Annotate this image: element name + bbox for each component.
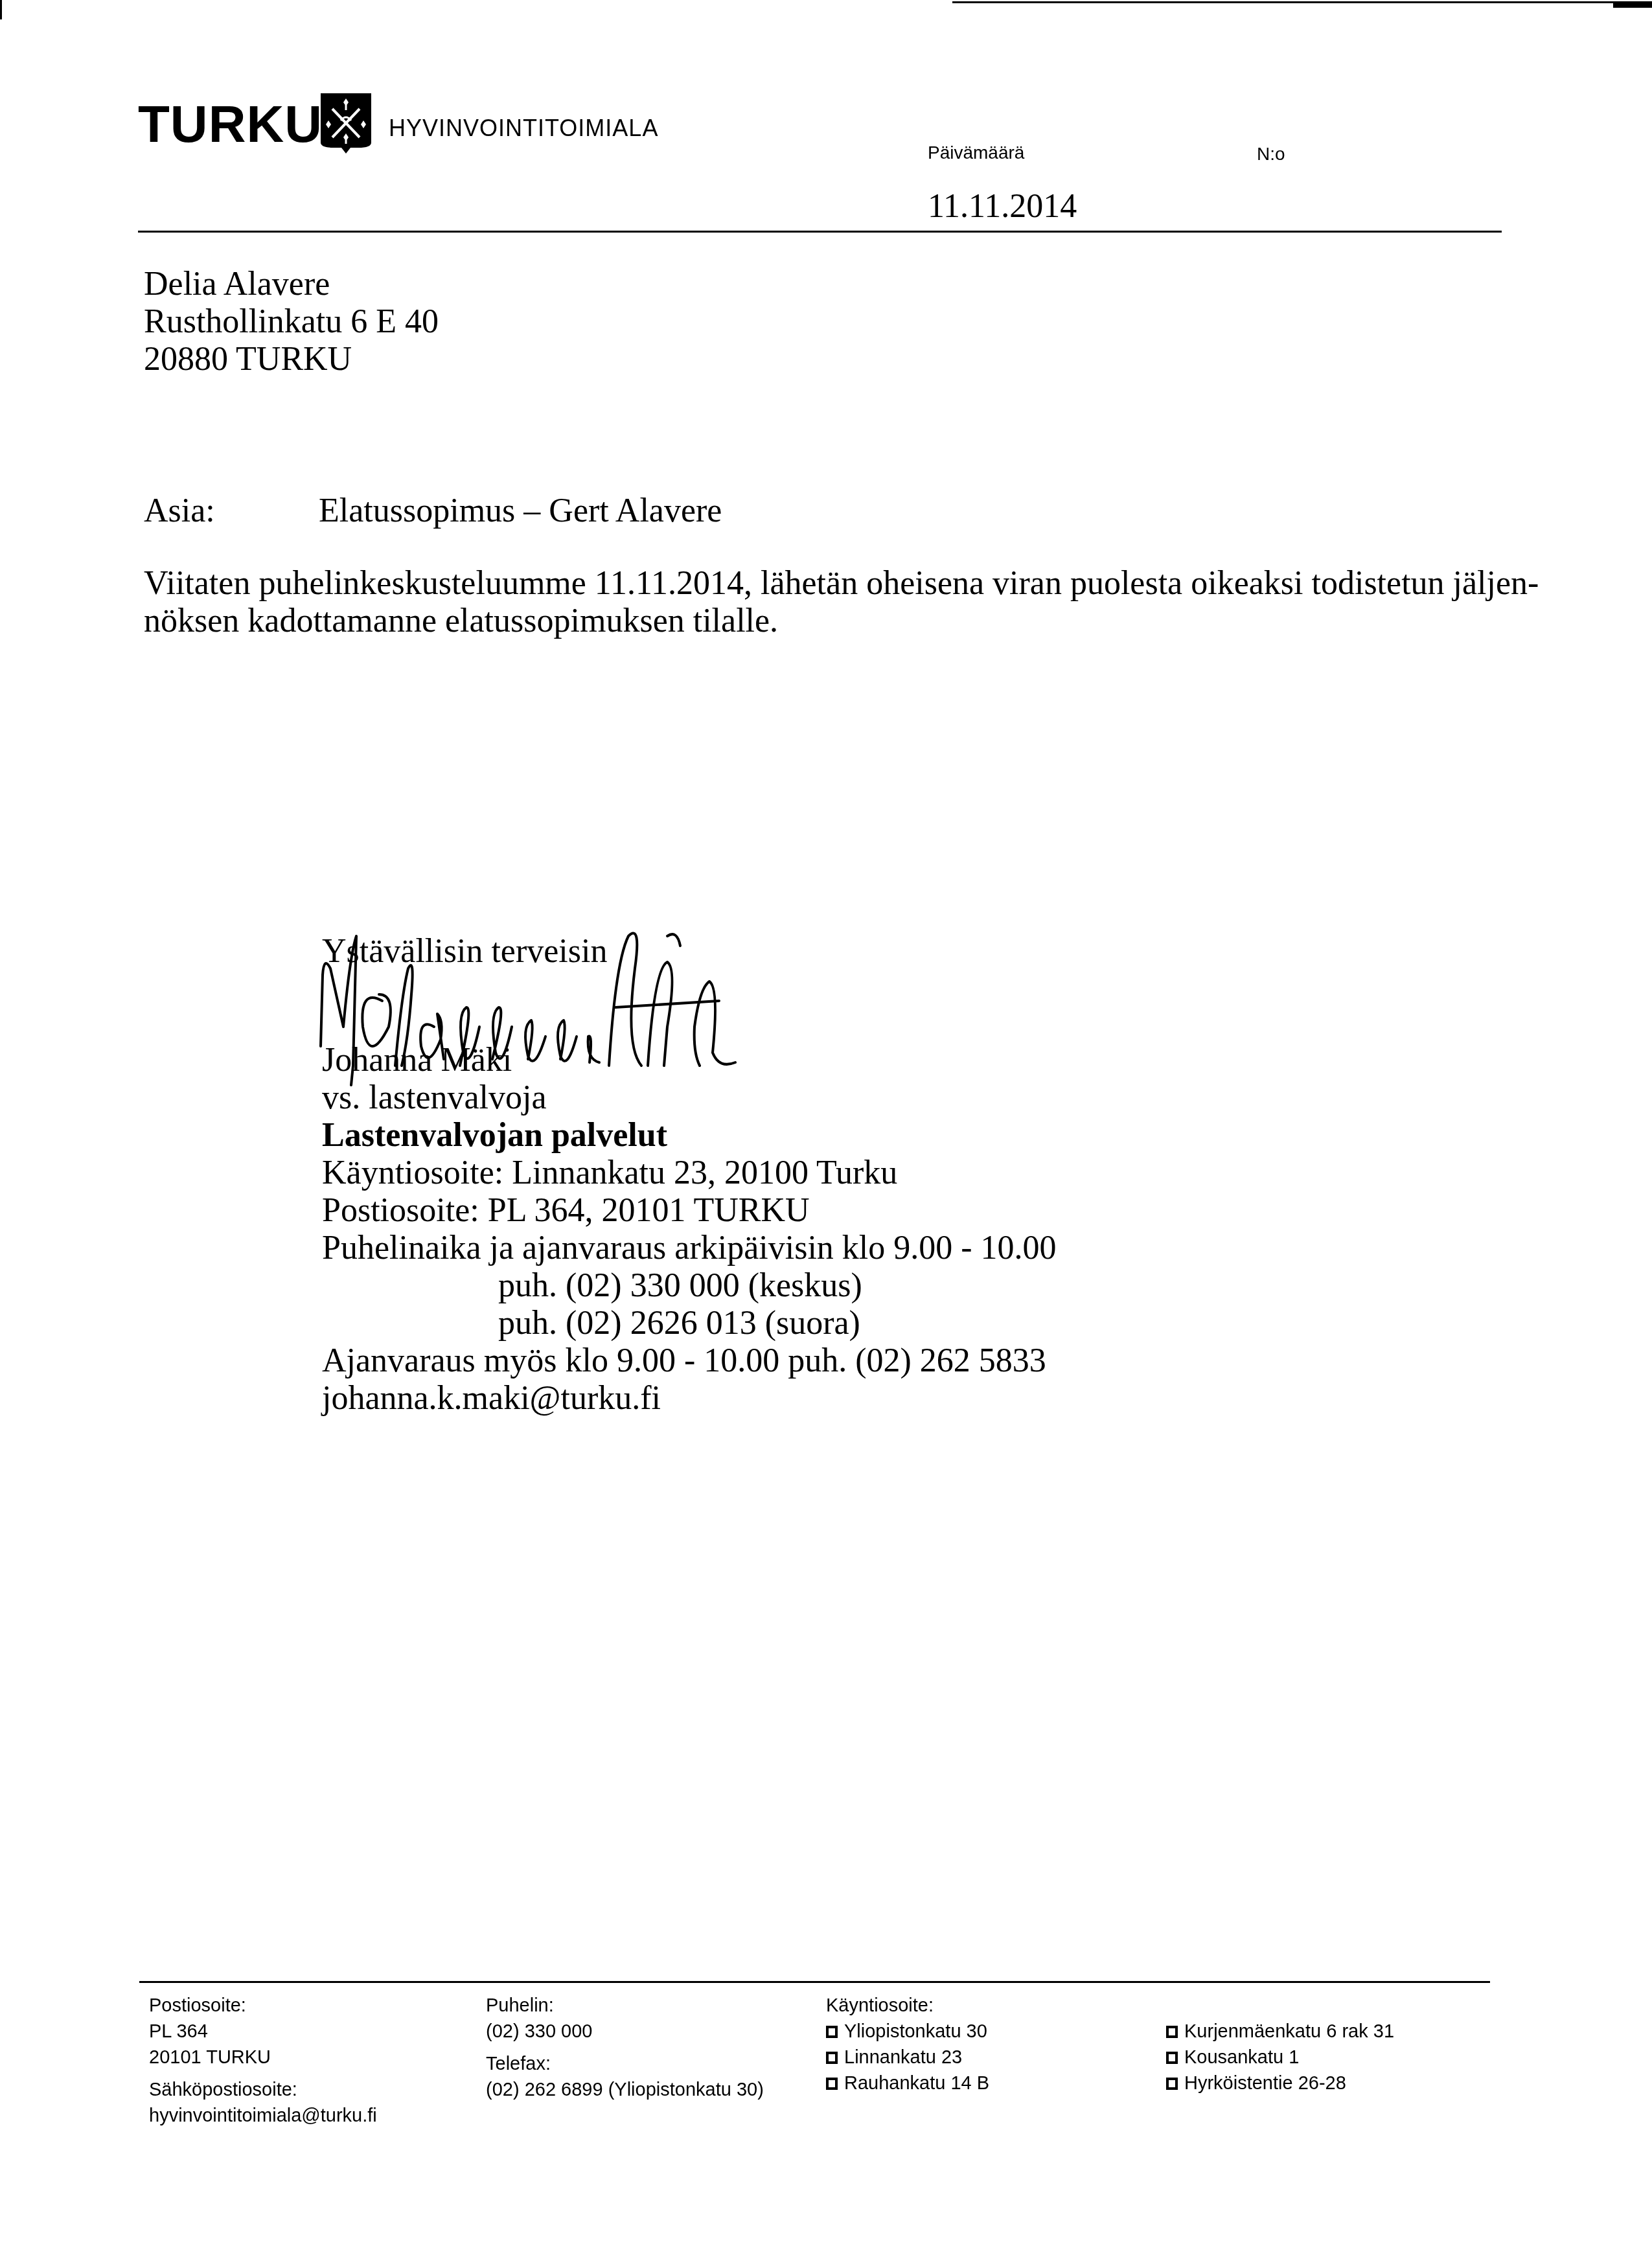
header-divider <box>138 231 1502 233</box>
number-label: N:o <box>1257 144 1285 165</box>
checkbox-icon <box>1166 2052 1178 2064</box>
checkbox-icon <box>1166 2026 1178 2038</box>
footer-postal-line2: 20101 TURKU <box>149 2045 377 2070</box>
body-line: Viitaten puhelinkeskusteluumme 11.11.201… <box>144 565 1539 602</box>
scan-edge-mark <box>0 0 2 19</box>
visit-address-text: Rauhankatu 14 B <box>844 2073 989 2094</box>
postal-address: Postiosoite: PL 364, 20101 TURKU <box>322 1192 1057 1230</box>
letter-body: Viitaten puhelinkeskusteluumme 11.11.201… <box>144 565 1539 640</box>
checkbox-icon <box>826 2078 838 2090</box>
scan-edge-mark <box>952 1 1652 3</box>
recipient-street: Rusthollinkatu 6 E 40 <box>144 303 439 341</box>
visit-address-item: Rauhankatu 14 B <box>826 2070 989 2096</box>
handwritten-signature-icon <box>304 897 797 1098</box>
visit-address-item: Kousankatu 1 <box>1166 2045 1394 2070</box>
date-label: Päivämäärä <box>928 143 1024 163</box>
visit-address-item: Linnankatu 23 <box>826 2045 989 2070</box>
subject-label: Asia: <box>144 492 215 530</box>
footer-divider <box>139 1981 1490 1983</box>
visit-address-text: Kousankatu 1 <box>1184 2047 1299 2068</box>
footer-postal: Postiosoite: PL 364 20101 TURKU Sähköpos… <box>149 1993 377 2129</box>
visit-address: Käyntiosoite: Linnankatu 23, 20100 Turku <box>322 1154 1057 1192</box>
footer-visit-addresses: Käyntiosoite: Yliopistonkatu 30 Linnanka… <box>826 1993 989 2096</box>
signer-email: johanna.k.maki@turku.fi <box>322 1380 1057 1417</box>
visit-address-text: Kurjenmäenkatu 6 rak 31 <box>1184 2021 1394 2042</box>
checkbox-icon <box>1166 2078 1178 2090</box>
footer-email-label: Sähköpostiosoite: <box>149 2077 377 2103</box>
scan-edge-mark <box>1613 1 1652 8</box>
phone-direct: puh. (02) 2626 013 (suora) <box>322 1305 1057 1342</box>
visit-address-text: Hyrköistentie 26-28 <box>1184 2073 1346 2094</box>
recipient-postal: 20880 TURKU <box>144 341 439 378</box>
visit-address-item: Yliopistonkatu 30 <box>826 2019 989 2045</box>
footer-fax-label: Telefax: <box>486 2051 764 2077</box>
footer-phone-label: Puhelin: <box>486 1993 764 2019</box>
footer-postal-label: Postiosoite: <box>149 1993 377 2019</box>
visit-address-text: Linnankatu 23 <box>844 2047 962 2068</box>
checkbox-icon <box>826 2026 838 2038</box>
checkbox-icon <box>826 2052 838 2064</box>
visit-address-item: Kurjenmäenkatu 6 rak 31 <box>1166 2019 1394 2045</box>
visit-address-text: Yliopistonkatu 30 <box>844 2021 987 2042</box>
visit-address-item: Hyrköistentie 26-28 <box>1166 2070 1394 2096</box>
footer-phone: Puhelin: (02) 330 000 Telefax: (02) 262 … <box>486 1993 764 2103</box>
footer-email: hyvinvointitoimiala@turku.fi <box>149 2103 377 2129</box>
footer-visit-addresses-2: Kurjenmäenkatu 6 rak 31 Kousankatu 1 Hyr… <box>1166 2019 1394 2096</box>
footer-phone-number: (02) 330 000 <box>486 2019 764 2045</box>
city-logo-wordmark: TURKU <box>138 98 323 150</box>
appointment-info: Ajanvaraus myös klo 9.00 - 10.00 puh. (0… <box>322 1342 1057 1380</box>
date-value: 11.11.2014 <box>928 188 1077 225</box>
phone-hours: Puhelinaika ja ajanvaraus arkipäivisin k… <box>322 1230 1057 1267</box>
footer-visit-label: Käyntiosoite: <box>826 1993 989 2019</box>
footer-fax-number: (02) 262 6899 (Yliopistonkatu 30) <box>486 2077 764 2103</box>
signer-unit: Lastenvalvojan palvelut <box>322 1117 1057 1154</box>
turku-coat-of-arms-icon <box>319 92 373 154</box>
footer-postal-line1: PL 364 <box>149 2019 377 2045</box>
subject-value: Elatussopimus – Gert Alavere <box>319 492 722 530</box>
recipient-address: Delia Alavere Rusthollinkatu 6 E 40 2088… <box>144 266 439 378</box>
recipient-name: Delia Alavere <box>144 266 439 303</box>
phone-main: puh. (02) 330 000 (keskus) <box>322 1267 1057 1305</box>
department-name: HYVINVOINTITOIMIALA <box>389 115 658 141</box>
body-line: nöksen kadottamanne elatussopimuksen til… <box>144 602 1539 640</box>
